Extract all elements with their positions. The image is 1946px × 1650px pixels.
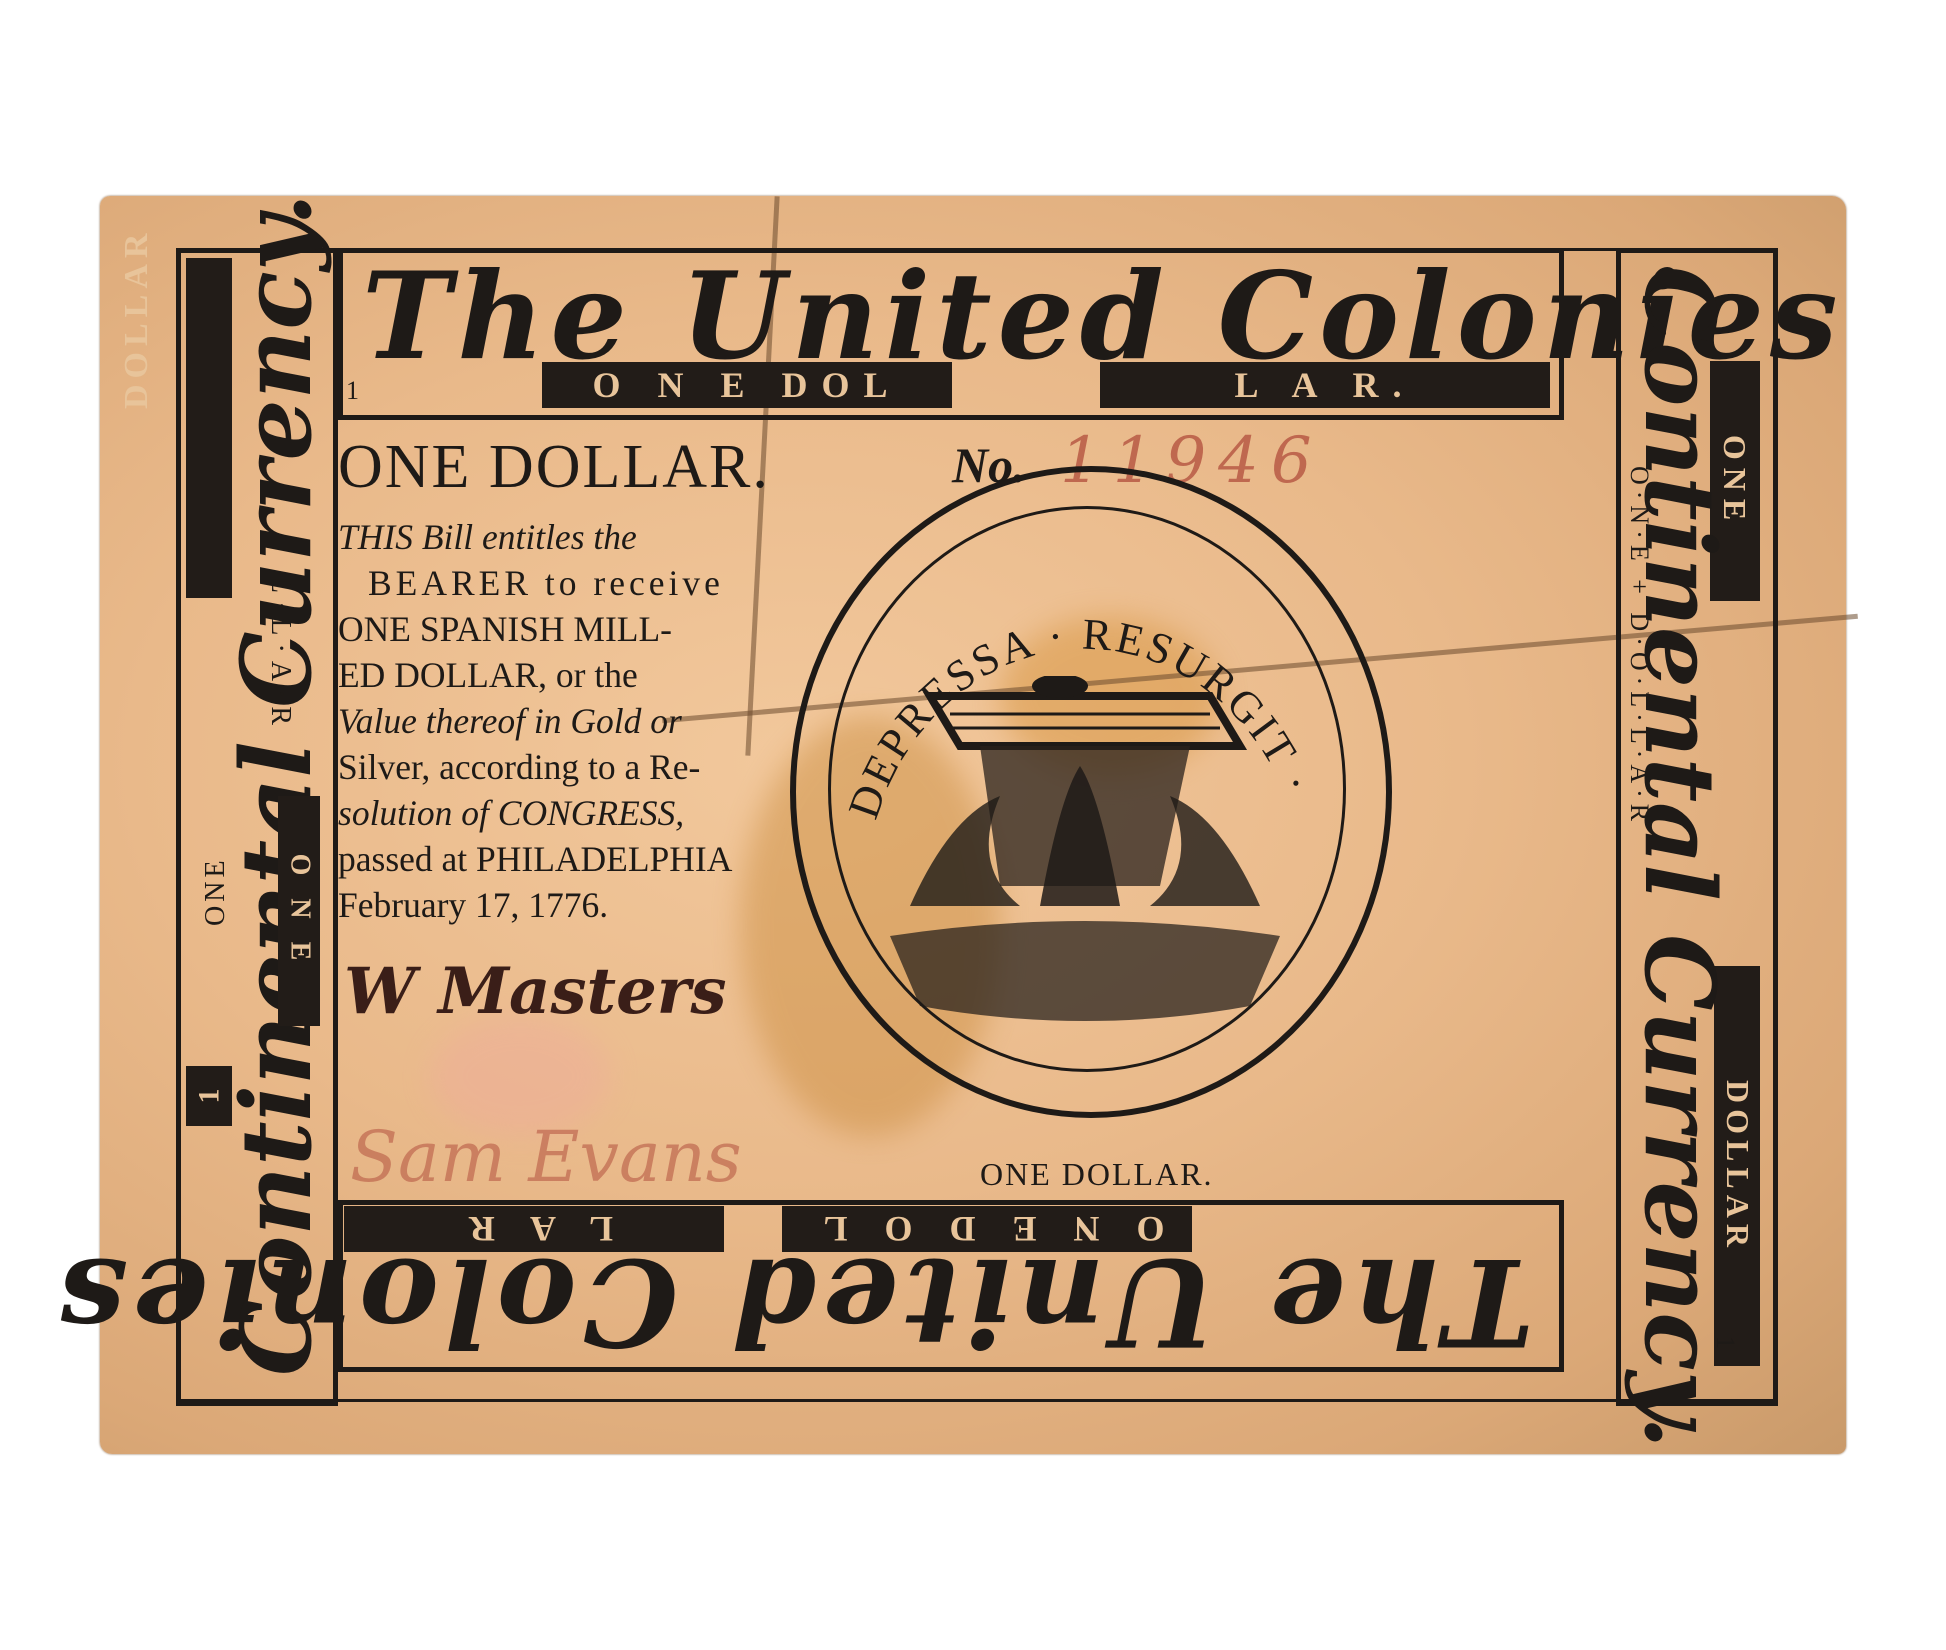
bill-line: Silver, according to a Re- xyxy=(338,744,768,790)
left-small-llar: L·L·A·R xyxy=(264,576,296,733)
bill-line: THIS Bill entitles the xyxy=(338,514,768,560)
left-small-one: ONE xyxy=(200,856,232,926)
heading-one-dollar: ONE DOLLAR. xyxy=(338,432,770,503)
bill-line: ED DOLLAR, or the xyxy=(338,652,768,698)
bill-text-block: THIS Bill entitles the BEARER to receive… xyxy=(338,514,768,928)
signature-masters: W Masters xyxy=(344,954,727,1029)
left-band-bottom: O N E xyxy=(278,796,320,1026)
bill-line: ONE SPANISH MILL- xyxy=(338,606,768,652)
left-script-continental-currency: Continental Currency. xyxy=(220,193,333,1376)
bill-line: solution of CONGRESS, xyxy=(338,790,768,836)
bill-line: Value thereof in Gold or xyxy=(338,698,768,744)
acanthus-basket-icon xyxy=(890,676,1280,1036)
bill-line: February 17, 1776. xyxy=(338,882,768,928)
top-corner-numeral: 1 xyxy=(346,376,359,406)
right-corner-numeral: 1 xyxy=(1710,1336,1740,1349)
bill-line: passed at PHILADELPHIA xyxy=(338,836,768,882)
signature-evans: Sam Evans xyxy=(350,1116,742,1198)
bill-line: BEARER to receive xyxy=(338,560,768,606)
right-small-one-dollar: O·N·E + D·O·L·L·A·R xyxy=(1624,466,1654,827)
one-dollar-small: ONE DOLLAR. xyxy=(980,1156,1214,1193)
right-script-continental-currency: Continental Currency. xyxy=(1623,266,1736,1449)
bottom-panel-inverted-content: O N E D O L L A R The United Colonies xyxy=(338,1200,1564,1372)
banknote: O N E DOL L A R. The United Colonies 1 O… xyxy=(100,196,1846,1454)
